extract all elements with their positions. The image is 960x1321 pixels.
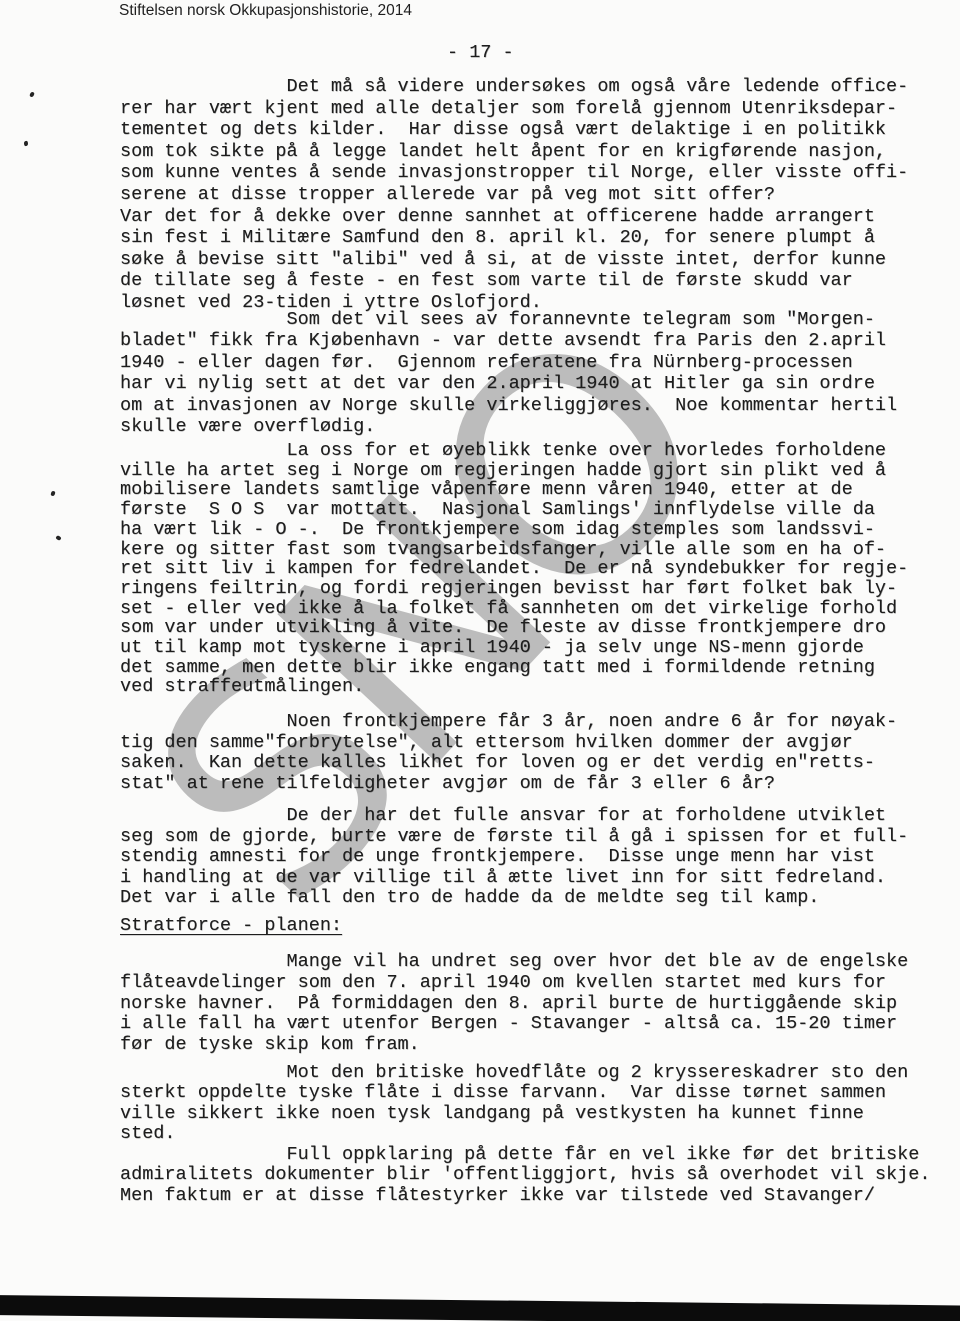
text-line: det samme, men dette blir ikke engang ta… (120, 658, 908, 678)
paragraph-8: Full oppklaring på dette får en vel ikke… (120, 1145, 930, 1206)
text-line: Mange vil ha undret seg over hvor det bl… (120, 952, 908, 973)
paragraph-5: De der har det fulle ansvar for at forho… (120, 806, 908, 909)
text-line: sterkt oppdelte tyske flåte i disse farv… (120, 1083, 908, 1103)
text-line: som kunne ventes å sende invasjonstroppe… (120, 162, 908, 184)
text-line: som var under utvikling å vite. De flest… (120, 618, 908, 638)
text-line: Noen frontkjempere får 3 år, noen andre … (120, 712, 897, 733)
text-line: sted. (120, 1124, 908, 1144)
scan-speck (29, 91, 34, 97)
text-line: seg som de gjorde, burte være de første … (120, 827, 908, 848)
text-line: ringens feiltrin, og fordi regjeringen b… (120, 579, 908, 599)
text-line: serene at disse tropper allerede var på … (120, 184, 908, 206)
text-line: skulle være overflødig. (120, 416, 897, 437)
scan-speck (55, 535, 61, 541)
text-line: første S O S var mottatt. Nasjonal Samli… (120, 500, 908, 520)
text-line: sin fest i Militære Samfund den 8. april… (120, 227, 908, 249)
document-page: Stiftelsen norsk Okkupasjonshistorie, 20… (0, 0, 960, 1321)
text-line: Var det for å dekke over denne sannhet a… (120, 206, 908, 228)
text-line: tig den samme"forbrytelse", alt ettersom… (120, 733, 897, 754)
scan-attribution: Stiftelsen norsk Okkupasjonshistorie, 20… (119, 2, 412, 20)
text-line: om at invasjonen av Norge skulle virkeli… (120, 395, 897, 416)
text-line: stat" at rene tilfeldigheter avgjør om d… (120, 774, 897, 795)
text-line: Det var i alle fall den tro de hadde da … (120, 888, 908, 909)
paragraph-1: Det må så videre undersøkes om også våre… (120, 76, 908, 314)
text-line: ut til kamp mot tyskerne i april 1940 - … (120, 638, 908, 658)
text-line: set - eller ved ikke å la folket få sann… (120, 599, 908, 619)
text-line: ved straffeutmålingen. (120, 677, 908, 697)
text-line: Men faktum er at disse flåtestyrker ikke… (120, 1186, 930, 1206)
paragraph-2: Som det vil sees av forannevnte telegram… (120, 309, 897, 437)
text-line: Det må så videre undersøkes om også våre… (120, 76, 908, 98)
scan-speck (24, 141, 29, 147)
text-line: Full oppklaring på dette får en vel ikke… (120, 1145, 930, 1165)
page-number: - 17 - (447, 42, 514, 63)
paragraph-7: Mot den britiske hovedflåte og 2 krysser… (120, 1063, 908, 1145)
text-line: mobilisere landets samtlige våpenføre me… (120, 480, 908, 500)
text-line: Mot den britiske hovedflåte og 2 krysser… (120, 1063, 908, 1083)
scan-bottom-bar (0, 1295, 960, 1321)
text-line: søke å bevise sitt "alibi" ved å si, at … (120, 249, 908, 271)
text-line: som tok sikte på å legge landet helt åpe… (120, 141, 908, 163)
text-line: har vi nylig sett at det var den 2.april… (120, 373, 897, 394)
text-line: rer har vært kjent med alle detaljer som… (120, 98, 908, 120)
text-line: stendig amnesti for de unge frontkjemper… (120, 847, 908, 868)
text-line: flåteavdelinger som den 7. april 1940 om… (120, 973, 908, 994)
text-line: i handling at de var villige til å ætte … (120, 868, 908, 889)
text-line: ha vært lik - O -. De frontkjempere som … (120, 520, 908, 540)
text-line: norske havner. På formiddagen den 8. apr… (120, 994, 908, 1015)
text-line: tementet og dets kilder. Har disse også … (120, 119, 908, 141)
text-line: ret sitt liv i kampen for fedrelandet. D… (120, 559, 908, 579)
text-line: ville sikkert ikke noen tysk landgang på… (120, 1104, 908, 1124)
paragraph-6: Mange vil ha undret seg over hvor det bl… (120, 952, 908, 1056)
text-line: La oss for et øyeblikk tenke over hvorle… (120, 441, 908, 461)
text-line: Som det vil sees av forannevnte telegram… (120, 309, 897, 330)
text-line: de tillate seg å feste - en fest som var… (120, 270, 908, 292)
text-line: 1940 - eller dagen før. Gjennom referate… (120, 352, 897, 373)
text-line: admiralitets dokumenter blir 'offentligg… (120, 1165, 930, 1185)
text-line: kere og sitter fast som tvangsarbeidsfan… (120, 540, 908, 560)
text-line: bladet" fikk fra Kjøbenhavn - var dette … (120, 330, 897, 351)
text-line: De der har det fulle ansvar for at forho… (120, 806, 908, 827)
text-line: før de tyske skip kom fram. (120, 1035, 908, 1056)
text-line: ville ha artet seg i Norge om regjeringe… (120, 461, 908, 481)
scan-speck (50, 491, 55, 497)
text-line: i alle fall ha vært utenfor Bergen - Sta… (120, 1014, 908, 1035)
text-line: saken. Kan dette kalles likhet for loven… (120, 753, 897, 774)
paragraph-3: La oss for et øyeblikk tenke over hvorle… (120, 441, 908, 697)
section-heading: Stratforce - planen: (120, 915, 342, 936)
paragraph-4: Noen frontkjempere får 3 år, noen andre … (120, 712, 897, 794)
